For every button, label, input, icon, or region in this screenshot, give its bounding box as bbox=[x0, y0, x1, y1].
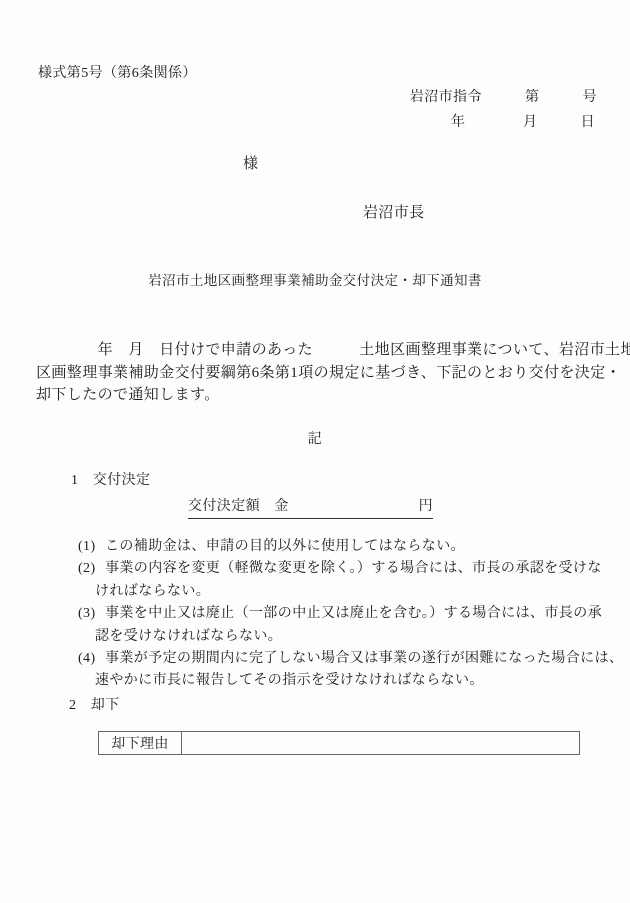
condition-text: 事業が予定の期間内に完了しない場合又は事業の遂行が困難になった場合には、 bbox=[105, 651, 623, 666]
condition-text: 事業を中止又は廃止（一部の中止又は廃止を含む。）する場合には、市長の承 bbox=[105, 606, 602, 621]
condition-continuation-line: 速やかに市長に報告してその指示を受けなければならない。 bbox=[95, 670, 630, 692]
rejection-reason-value bbox=[182, 732, 579, 754]
directive-number-line: 岩沼市指令 第 号 bbox=[410, 89, 597, 107]
section1-heading: 1 交付決定 bbox=[71, 472, 150, 490]
condition-item: (2)事業の内容を変更（軽微な変更を除く。）する場合には、市長の承認を受けなけれ… bbox=[95, 558, 630, 603]
condition-first-line: (3)事業を中止又は廃止（一部の中止又は廃止を含む。）する場合には、市長の承 bbox=[78, 603, 630, 625]
sender-name: 岩沼市長 bbox=[363, 204, 425, 223]
body-paragraph: 年 月 日付けで申請のあった 土地区画整理事業について、岩沼市土地区画整理事業補… bbox=[36, 339, 630, 407]
rejection-reason-table: 却下理由 bbox=[98, 731, 580, 755]
condition-first-line: (4)事業が予定の期間内に完了しない場合又は事業の遂行が困難になった場合には、 bbox=[78, 648, 630, 670]
condition-first-line: (2)事業の内容を変更（軽微な変更を除く。）する場合には、市長の承認を受けな bbox=[78, 558, 630, 580]
document-page: 様式第5号（第6条関係） 岩沼市指令 第 号 年 月 日 様 岩沼市長 岩沼市土… bbox=[0, 0, 630, 903]
conditions-list: (1)この補助金は、申請の目的以外に使用してはならない。(2)事業の内容を変更（… bbox=[0, 536, 630, 693]
condition-text: 事業の内容を変更（軽微な変更を除く。）する場合には、市長の承認を受けな bbox=[105, 561, 602, 576]
grant-amount-line: 交付決定額 金 円 bbox=[188, 495, 433, 519]
body-line: 年 月 日付けで申請のあった 土地区画整理事業について、岩沼市土地 bbox=[36, 339, 630, 362]
condition-first-line: (1)この補助金は、申請の目的以外に使用してはならない。 bbox=[78, 536, 630, 558]
condition-number: (1) bbox=[78, 536, 105, 558]
ki-marker: 記 bbox=[0, 431, 630, 449]
condition-continuation-line: 認を受けなければならない。 bbox=[95, 626, 630, 648]
date-line: 年 月 日 bbox=[451, 114, 595, 132]
rejection-reason-header: 却下理由 bbox=[99, 732, 182, 754]
condition-item: (3)事業を中止又は廃止（一部の中止又は廃止を含む。）する場合には、市長の承認を… bbox=[95, 603, 630, 648]
condition-number: (3) bbox=[78, 603, 105, 625]
body-line: 区画整理事業補助金交付要綱第6条第1項の規定に基づき、下記のとおり交付を決定・ bbox=[36, 362, 630, 385]
condition-number: (4) bbox=[78, 648, 105, 670]
section2-heading: 2 却下 bbox=[69, 697, 120, 715]
condition-item: (4)事業が予定の期間内に完了しない場合又は事業の遂行が困難になった場合には、速… bbox=[95, 648, 630, 693]
document-title: 岩沼市土地区画整理事業補助金交付決定・却下通知書 bbox=[0, 273, 630, 290]
condition-item: (1)この補助金は、申請の目的以外に使用してはならない。 bbox=[95, 536, 630, 558]
condition-number: (2) bbox=[78, 558, 105, 580]
grant-amount-label: 交付決定額 金 bbox=[188, 495, 289, 515]
condition-continuation-line: ければならない。 bbox=[95, 581, 630, 603]
body-line: 却下したので通知します。 bbox=[36, 384, 630, 407]
condition-text: この補助金は、申請の目的以外に使用してはならない。 bbox=[105, 539, 465, 554]
grant-amount-unit: 円 bbox=[419, 495, 433, 515]
form-number: 様式第5号（第6条関係） bbox=[38, 65, 197, 83]
addressee-suffix: 様 bbox=[243, 155, 258, 174]
